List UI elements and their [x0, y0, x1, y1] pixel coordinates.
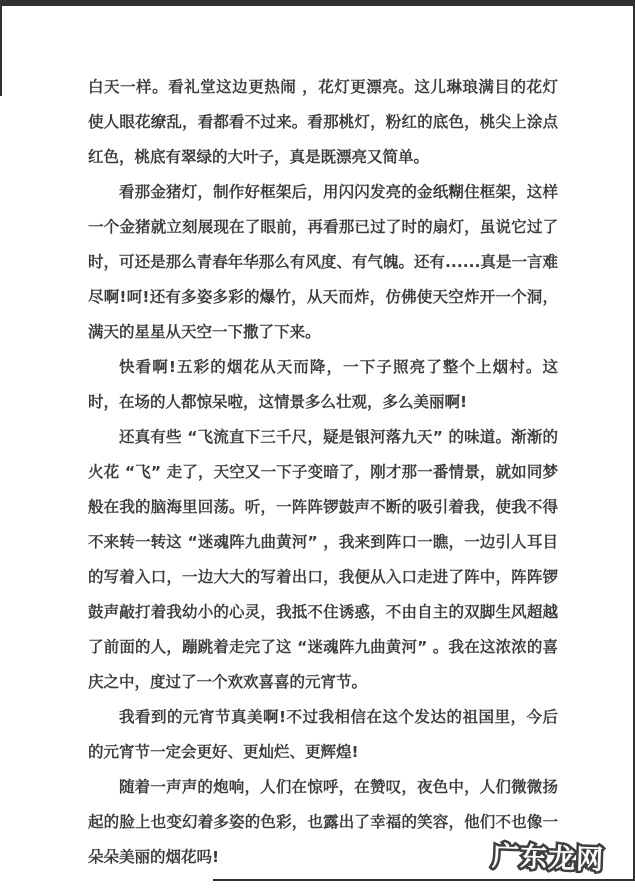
site-watermark: 广东龙网 广东龙网 [491, 839, 604, 878]
essay-text-block: 白天一样。看礼堂这边更热闹 ，花灯更漂亮。这儿琳琅满目的花灯使人眼花缭乱，看都看… [88, 70, 558, 875]
site-watermark-label: 广东龙网 [491, 841, 604, 876]
frame-edge-bottom [213, 879, 635, 881]
frame-edge-left [0, 0, 2, 96]
paragraph-5: 我看到的元宵节真美啊!不过我相信在这个发达的祖国里，今后的元宵节一定会更好、更灿… [88, 700, 558, 770]
paragraph-6: 随着一声声的炮响，人们在惊呼，在赞叹，夜色中，人们微微扬起的脸上也变幻着多姿的色… [88, 770, 558, 875]
paragraph-2: 看那金猪灯，制作好框架后，用闪闪发亮的金纸糊住框架，这样一个金猪就立刻展现在了眼… [88, 175, 558, 350]
paragraph-4: 还真有些 “飞流直下三千尺，疑是银河落九天” 的味道。渐渐的火花 “飞” 走了，… [88, 420, 558, 700]
frame-edge-top [0, 0, 635, 6]
paragraph-3: 快看啊!五彩的烟花从天而降，一下子照亮了整个上烟村。这时，在场的人都惊呆啦，这情… [88, 350, 558, 420]
paragraph-1: 白天一样。看礼堂这边更热闹 ，花灯更漂亮。这儿琳琅满目的花灯使人眼花缭乱，看都看… [88, 70, 558, 175]
scanned-document-page: 白天一样。看礼堂这边更热闹 ，花灯更漂亮。这儿琳琅满目的花灯使人眼花缭乱，看都看… [0, 0, 635, 896]
